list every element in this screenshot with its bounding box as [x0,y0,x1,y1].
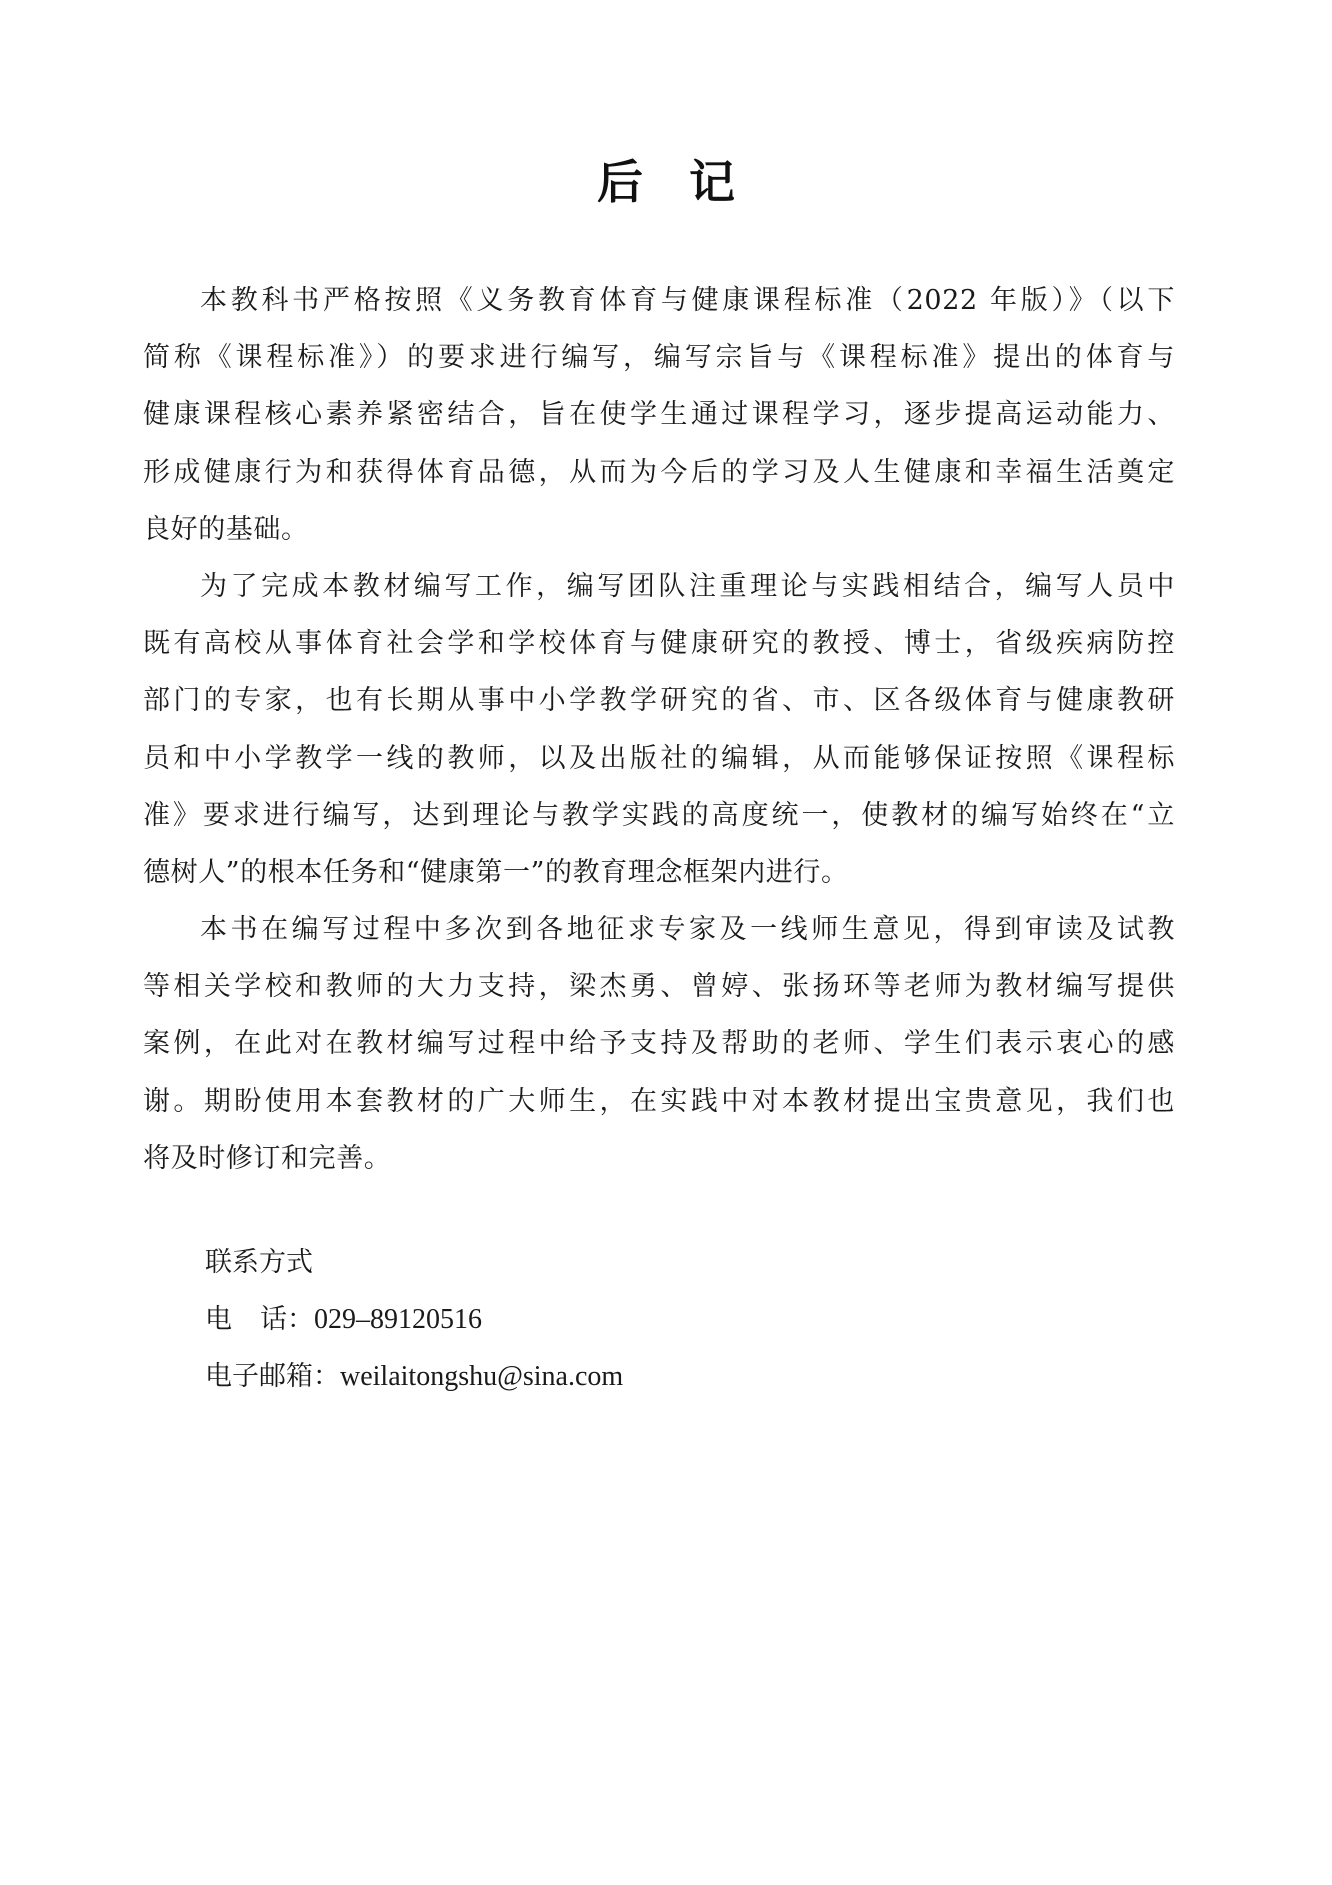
paragraph-line: 本书在编写过程中多次到各地征求专家及一线师生意见，得到审读及试教 [143,901,1175,958]
paragraph-line: 案例，在此对在教材编写过程中给予支持及帮助的老师、学生们表示衷心的感 [143,1015,1175,1072]
title-char-2: 记 [689,155,735,209]
paragraph-line: 良好的基础。 [143,501,1175,558]
document-page: 后记 本教科书严格按照《义务教育体育与健康课程标准（2022 年版）》（以下 简… [0,0,1332,1885]
paragraph-line: 简称《课程标准》）的要求进行编写，编写宗旨与《课程标准》提出的体育与 [143,329,1175,386]
title-char-1: 后 [597,155,643,209]
contact-phone: 电话：029–89120516 [205,1291,905,1348]
paragraph-line: 德树人”的根本任务和“健康第一”的教育理念框架内进行。 [143,844,1175,901]
paragraph-line: 健康课程核心素养紧密结合，旨在使学生通过课程学习，逐步提高运动能力、 [143,386,1175,443]
paragraph-line: 准》要求进行编写，达到理论与教学实践的高度统一，使教材的编写始终在“立 [143,787,1175,844]
email-address: weilaitongshu@sina.com [340,1348,623,1405]
afterword-body: 本教科书严格按照《义务教育体育与健康课程标准（2022 年版）》（以下 简称《课… [143,272,1175,1187]
paragraph-line: 本教科书严格按照《义务教育体育与健康课程标准（2022 年版）》（以下 [143,272,1175,329]
phone-number: 029–89120516 [314,1291,482,1348]
paragraph-line: 谢。期盼使用本套教材的广大师生，在实践中对本教材提出宝贵意见，我们也 [143,1073,1175,1130]
paragraph-2: 为了完成本教材编写工作，编写团队注重理论与实践相结合，编写人员中 既有高校从事体… [143,558,1175,901]
contact-heading: 联系方式 [205,1234,905,1291]
paragraph-line: 将及时修订和完善。 [143,1130,1175,1187]
paragraph-3: 本书在编写过程中多次到各地征求专家及一线师生意见，得到审读及试教 等相关学校和教… [143,901,1175,1187]
page-title: 后记 [0,152,1332,212]
email-label: 电子邮箱 [205,1348,313,1405]
paragraph-line: 形成健康行为和获得体育品德，从而为今后的学习及人生健康和幸福生活奠定 [143,444,1175,501]
paragraph-1: 本教科书严格按照《义务教育体育与健康课程标准（2022 年版）》（以下 简称《课… [143,272,1175,558]
paragraph-line: 员和中小学教学一线的教师，以及出版社的编辑，从而能够保证按照《课程标 [143,730,1175,787]
paragraph-line: 部门的专家，也有长期从事中小学教学研究的省、市、区各级体育与健康教研 [143,672,1175,729]
contact-info: 联系方式 电话：029–89120516 电子邮箱：weilaitongshu@… [205,1234,905,1406]
paragraph-line: 为了完成本教材编写工作，编写团队注重理论与实践相结合，编写人员中 [143,558,1175,615]
paragraph-line: 既有高校从事体育社会学和学校体育与健康研究的教授、博士，省级疾病防控 [143,615,1175,672]
paragraph-line: 等相关学校和教师的大力支持，梁杰勇、曾婷、张扬环等老师为教材编写提供 [143,958,1175,1015]
contact-email: 电子邮箱：weilaitongshu@sina.com [205,1348,905,1405]
email-colon: ： [313,1348,340,1405]
phone-colon: ： [287,1291,314,1348]
